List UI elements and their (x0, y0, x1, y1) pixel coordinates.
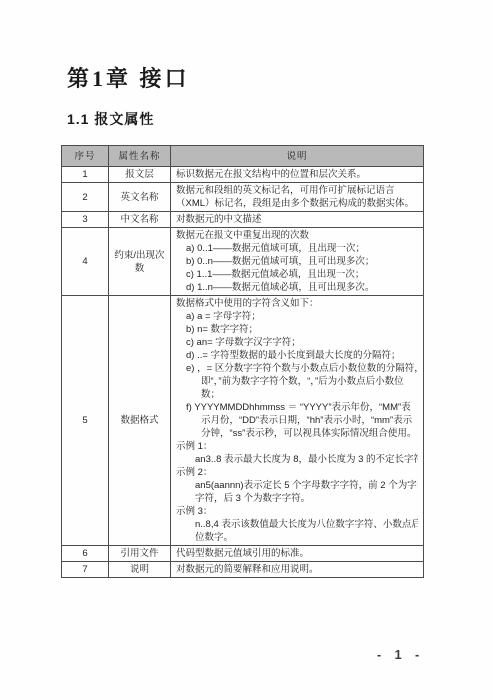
cell-description: 对数据元的简要解释和应用说明。 (171, 562, 424, 578)
description-line: d) ..= 字符型数据的最小长度到最大长度的分隔符； (176, 349, 418, 362)
cell-row-number: 6 (62, 546, 109, 562)
cell-attribute-name: 数据格式 (109, 296, 171, 546)
chapter-title: 第1章 接口 (67, 62, 190, 93)
description-line: 位数字。 (176, 531, 418, 544)
cell-attribute-name: 约束/出现次数 (109, 228, 171, 296)
description-line: a) a = 字母字符； (176, 310, 418, 323)
cell-attribute-name: 说明 (109, 562, 171, 578)
section-title: 1.1 报文属性 (67, 109, 154, 129)
column-header-no: 序号 (62, 146, 109, 167)
cell-description: 数据元和段组的英文标记名，可用作可扩展标记语言（XML）标记名，段组是由多个数据… (171, 183, 424, 212)
description-line: 字符，后 3 个为数字字符。 (176, 492, 418, 505)
table-body: 1报文层标识数据元在报文结构中的位置和层次关系。2英文名称数据元和段组的英文标记… (62, 167, 424, 578)
cell-row-number: 3 (62, 212, 109, 228)
table-row: 5数据格式数据格式中使用的字符含义如下：a) a = 字母字符；b) n= 数字… (62, 296, 424, 546)
description-line: 分钟，“ss”表示秒，可以视具体实际情况组合使用。 (176, 427, 418, 440)
table-row: 2英文名称数据元和段组的英文标记名，可用作可扩展标记语言（XML）标记名，段组是… (62, 183, 424, 212)
description-line: 数； (176, 388, 418, 401)
cell-row-number: 1 (62, 167, 109, 183)
cell-attribute-name: 引用文件 (109, 546, 171, 562)
description-line: n..8,4 表示该数值最大长度为八位数字字符、小数点后四 (176, 518, 418, 531)
cell-description: 数据格式中使用的字符含义如下：a) a = 字母字符；b) n= 数字字符；c)… (171, 296, 424, 546)
description-line: 示月份，“DD”表示日期，“hh”表示小时，“mm”表示 (176, 414, 418, 427)
description-line: an5(aannn)表示定长 5 个字母数字字符，前 2 个为字母 (176, 479, 418, 492)
description-line: a) 0..1——数据元值域可填，且出现一次； (176, 242, 418, 255)
cell-row-number: 7 (62, 562, 109, 578)
description-line: c) 1..1——数据元值域必填，且出现一次； (176, 268, 418, 281)
cell-description: 标识数据元在报文结构中的位置和层次关系。 (171, 167, 424, 183)
column-header-name: 属性名称 (109, 146, 171, 167)
document-page: 第1章 接口 1.1 报文属性 序号属性名称说明 1报文层标识数据元在报文结构中… (0, 0, 493, 700)
cell-description: 代码型数据元值域引用的标准。 (171, 546, 424, 562)
description-line: b) n= 数字字符； (176, 323, 418, 336)
description-line: 数据格式中使用的字符含义如下： (176, 297, 418, 310)
table-row: 3中文名称对数据元的中文描述 (62, 212, 424, 228)
table-row: 1报文层标识数据元在报文结构中的位置和层次关系。 (62, 167, 424, 183)
description-line: d) 1..n——数据元值域必填，且可出现多次。 (176, 281, 418, 294)
cell-attribute-name: 报文层 (109, 167, 171, 183)
description-line: 示例 3： (176, 505, 418, 518)
description-line: e) ，= 区分数字字符个数与小数点后小数位数的分隔符， (176, 362, 418, 375)
table-row: 6引用文件代码型数据元值域引用的标准。 (62, 546, 424, 562)
table-row: 4约束/出现次数数据元在报文中重复出现的次数a) 0..1——数据元值域可填，且… (62, 228, 424, 296)
cell-attribute-name: 英文名称 (109, 183, 171, 212)
description-line: f) YYYYMMDDhhmmss ＝ “YYYY”表示年份，“MM”表 (176, 401, 418, 414)
cell-row-number: 5 (62, 296, 109, 546)
cell-attribute-name: 中文名称 (109, 212, 171, 228)
description-line: c) an= 字母数字汉字字符； (176, 336, 418, 349)
page-number: - 1 - (377, 648, 424, 662)
description-line: 数据元在报文中重复出现的次数 (176, 229, 418, 242)
description-line: 示例 1： (176, 440, 418, 453)
table-header-row: 序号属性名称说明 (62, 146, 424, 167)
cell-row-number: 2 (62, 183, 109, 212)
cell-description: 对数据元的中文描述 (171, 212, 424, 228)
description-line: 示例 2： (176, 466, 418, 479)
description-line: 即“，”前为数字字符个数，“，”后为小数点后小数位 (176, 375, 418, 388)
table-row: 7说明对数据元的简要解释和应用说明。 (62, 562, 424, 578)
column-header-desc: 说明 (171, 146, 424, 167)
message-attributes-table: 序号属性名称说明 1报文层标识数据元在报文结构中的位置和层次关系。2英文名称数据… (61, 145, 424, 578)
cell-description: 数据元在报文中重复出现的次数a) 0..1——数据元值域可填，且出现一次；b) … (171, 228, 424, 296)
description-line: an3..8 表示最大长度为 8，最小长度为 3 的不定长字符。 (176, 453, 418, 466)
description-line: b) 0..n——数据元值域可填，且可出现多次； (176, 255, 418, 268)
cell-row-number: 4 (62, 228, 109, 296)
